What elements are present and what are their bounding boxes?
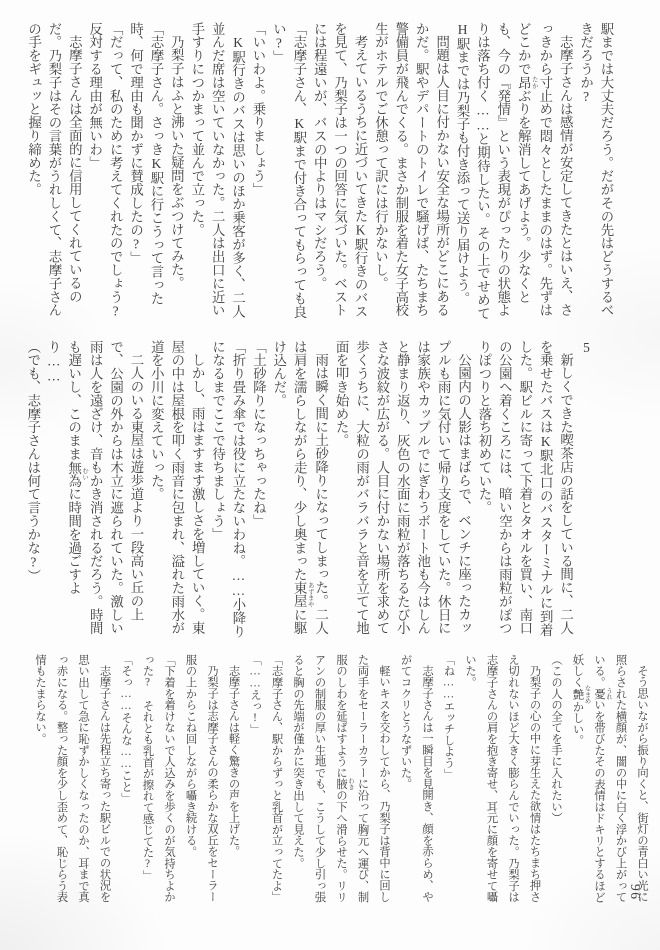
paragraph: 「志摩子さん。さっきK駅に行こうって言った時、何で理由も聞かずに賛成したの?」: [125, 22, 166, 320]
paragraph: 志摩子さんは軽く驚きの声を上げた。: [222, 654, 244, 904]
paragraph: 「下着を着けないで人込みを歩くのが気持ちよかった? それとも乳首が擦れて感じてた…: [136, 654, 179, 904]
paragraph: しかし、雨はますます激しさを増していく。東屋の中は屋根を叩く雨音に包まれ、溢れた…: [146, 340, 207, 638]
paragraph: （この人の全てを手に入れたい）: [545, 654, 567, 904]
paragraph: 雨は瞬く間に土砂降りになってしまった。二人は肩を濡らしながら走り、少し奥まった東…: [268, 340, 330, 638]
paragraph: 駅までは大丈夫だろう。だがその先はどうするべきだろうか?: [575, 22, 616, 320]
paragraph: 二人のいる東屋は遊歩道より一段高い丘の上で、公園の外からは木立に遮られていた。激…: [43, 340, 146, 638]
paragraph: 志摩子さんは先程立ち寄った駅ビルでの状況を思い出して急に恥ずかしくなったのか、耳…: [29, 654, 115, 904]
ruby-annotated-word: 無為むい: [67, 461, 82, 488]
paragraph: 乃梨子は志摩子さんの柔らかな双丘をセーラー服の上からこね回しながら囁き続ける。: [179, 654, 222, 904]
paragraph: 「志摩子さん、K駅まで付き合ってもらっても良い?」: [268, 22, 309, 320]
paragraph: 考えているうちに近づいてきたK駅行きのバスを見て、乃梨子は一つの回答に気づいた。…: [309, 22, 370, 320]
paragraph: そう思いながら振り向くと、街灯の青白い光に照らされた横顔が、闇の中に白く浮かび上…: [566, 654, 652, 904]
paragraph: 公園内の人影はまばらで、ベンチに座ったカップルも雨に気付いて帰り支度をしていた。…: [331, 340, 474, 638]
paragraph: 乃梨子の心の中に芽生えた欲情はたちまち押さえ切れないほど大きく膨らんでいった。乃…: [459, 654, 545, 904]
text-band-middle: 5新しくできた喫茶店の話をしている間に、二人を乗せたバスはK駅北口のバスターミナ…: [14, 340, 596, 638]
ruby-annotated-word: 腋わき: [335, 778, 347, 789]
text-band-top: 駅までは大丈夫だろう。だがその先はどうするべきだろうか?志摩子さんは感情が安定し…: [16, 22, 616, 320]
ruby-annotated-word: 昂たか: [516, 76, 531, 89]
paragraph: 乃梨子はふと沸いた疑問をぶつけてみた。: [166, 22, 186, 320]
ruby-annotated-word: 憂うれ: [593, 688, 605, 699]
ruby-annotated-word: 艶なまめ: [572, 688, 584, 701]
paragraph: 「ね……エッチしよう」: [437, 654, 459, 904]
paragraph: （でも、志摩子さんは何て言うかな?）: [22, 340, 42, 638]
paragraph: K駅行きのバスは思いのほか乗客が多く、二人並んだ席は空いていなかった。二人は出口…: [186, 22, 247, 320]
paragraph: 「だって、私のために考えてくれたのでしょう?反対する理由が無いわ」: [84, 22, 125, 320]
page-number: 96: [627, 884, 643, 901]
paragraph: 軽いキスを交わしてから、乃梨子は背中に回した両手をセーラーカラーに沿って胸元へ運…: [287, 654, 395, 904]
ruby-annotated-word: 東屋あずまや: [292, 581, 307, 608]
paragraph: 「いいわよ。乗りましょう」: [248, 22, 268, 320]
paragraph: 問題は人目に付かない安全な場所がどこにあるかだ。駅やデパートのトイレで騒げば、た…: [370, 22, 452, 320]
paragraph: 志摩子さんは感情が安定してきたとはいえ、さっきから寸止めで悶々としたままのはず。…: [452, 22, 576, 320]
paragraph: 新しくできた喫茶店の話をしている間に、二人を乗せたバスはK駅北口のバスターミナル…: [474, 340, 576, 638]
scanned-novel-page: 駅までは大丈夫だろう。だがその先はどうするべきだろうか?志摩子さんは感情が安定し…: [0, 0, 660, 950]
paragraph: 「志摩子さん、駅からずっと乳首が立ってたよ」: [265, 654, 287, 904]
paragraph: 「……えっ!」: [244, 654, 266, 904]
paragraph: 「折り畳み傘では役に立たないわね。……小降りになるまでここで待ちましょう」: [207, 340, 248, 638]
section-number: 5: [576, 340, 596, 638]
paragraph: 「土砂降りになっちゃったね」: [248, 340, 268, 638]
paragraph: 志摩子さんは一瞬目を見開き、顔を赤らめ、やがてコクリとうなずいた。: [394, 654, 437, 904]
paragraph: 志摩子さんは全面的に信用してくれているのだ。乃梨子はその言葉がうれしくて、志摩子…: [23, 22, 84, 320]
text-band-bottom: そう思いながら振り向くと、街灯の青白い光に照らされた横顔が、闇の中に白く浮かび上…: [7, 654, 652, 904]
paragraph: 「そっ……そんな……こと」: [115, 654, 137, 904]
